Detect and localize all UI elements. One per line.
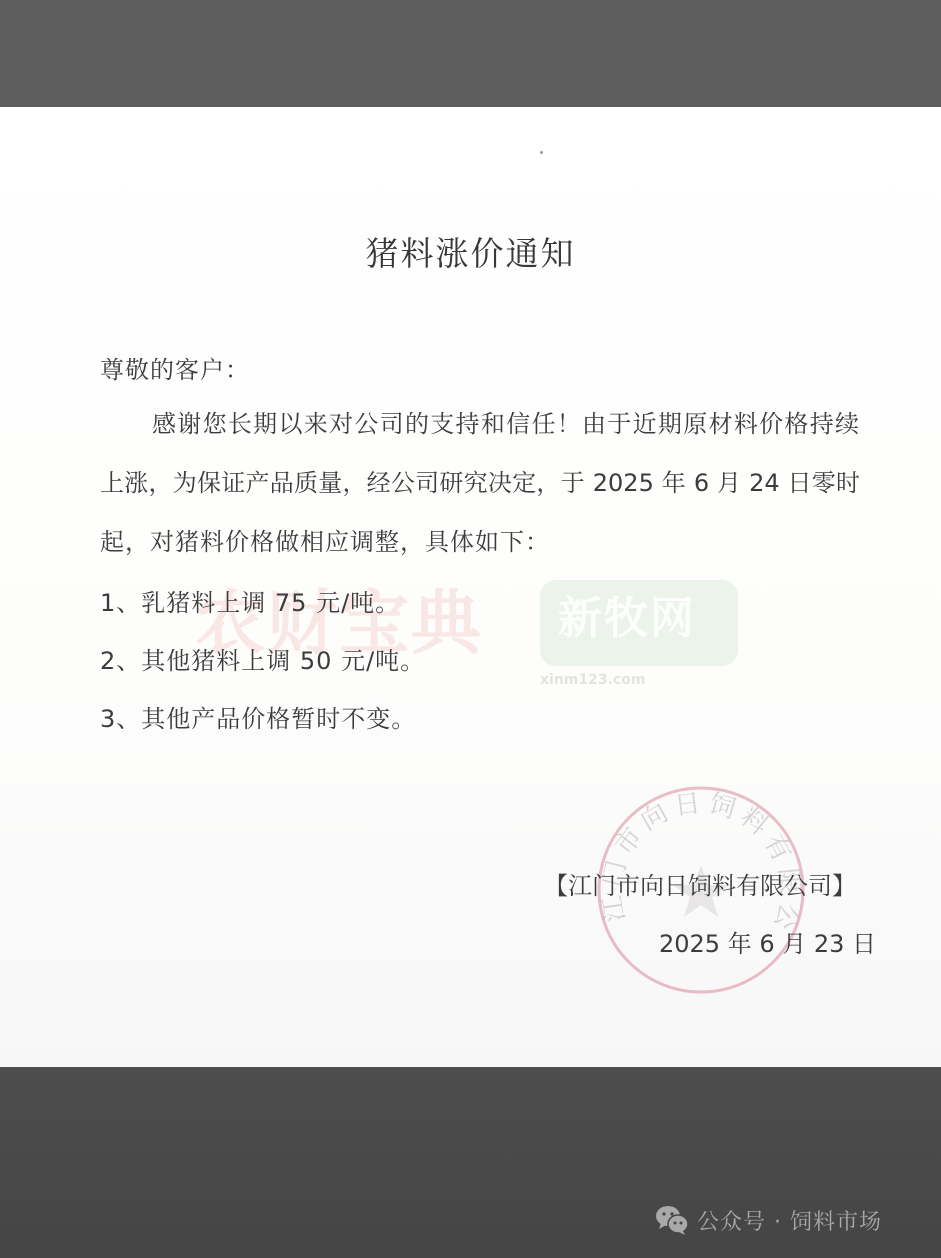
seal-text: 江门市向日饲料有限公司 — [596, 785, 805, 939]
list-item: 3、其他产品价格暂时不变。 — [100, 704, 416, 734]
list-item-number: 1、 — [100, 589, 141, 617]
signature-company: 【江门市向日饲料有限公司】 — [544, 871, 856, 901]
document-page: 猪料涨价通知 尊敬的客户： 感谢您长期以来对公司的支持和信任！由于近期原材料价格… — [0, 107, 941, 1067]
list-item-text: 其他猪料上调 50 元/吨。 — [141, 647, 425, 675]
list-item: 1、乳猪料上调 75 元/吨。 — [100, 588, 400, 618]
list-item-text: 乳猪料上调 75 元/吨。 — [141, 589, 400, 617]
stray-mark — [540, 151, 543, 154]
paragraph-line-1: 感谢您长期以来对公司的支持和信任！由于近期原材料价格持续 — [152, 409, 860, 439]
footer-source-label: 公众号 · 饲料市场 — [697, 1205, 882, 1236]
greeting: 尊敬的客户： — [100, 355, 250, 385]
wechat-icon — [655, 1205, 689, 1235]
watermark-green-text: 新牧网 — [558, 592, 696, 646]
list-item-number: 3、 — [100, 705, 141, 733]
list-item-number: 2、 — [100, 647, 141, 675]
paragraph-line-3: 起，对猪料价格做相应调整，具体如下： — [100, 527, 550, 557]
document-title: 猪料涨价通知 — [0, 234, 941, 274]
list-item: 2、其他猪料上调 50 元/吨。 — [100, 646, 425, 676]
svg-text:江门市向日饲料有限公司: 江门市向日饲料有限公司 — [596, 785, 805, 939]
watermark-green-url: xinm123.com — [540, 672, 645, 688]
signature-date: 2025 年 6 月 23 日 — [659, 929, 876, 959]
footer-source-watermark: 公众号 · 饲料市场 — [655, 1205, 882, 1235]
list-item-text: 其他产品价格暂时不变。 — [141, 705, 416, 733]
top-dark-band — [0, 0, 941, 107]
paragraph-line-2: 上涨，为保证产品质量，经公司研究决定，于 2025 年 6 月 24 日零时 — [100, 468, 860, 498]
watermark-green-logo: 新牧网 xinm123.com — [540, 580, 738, 666]
